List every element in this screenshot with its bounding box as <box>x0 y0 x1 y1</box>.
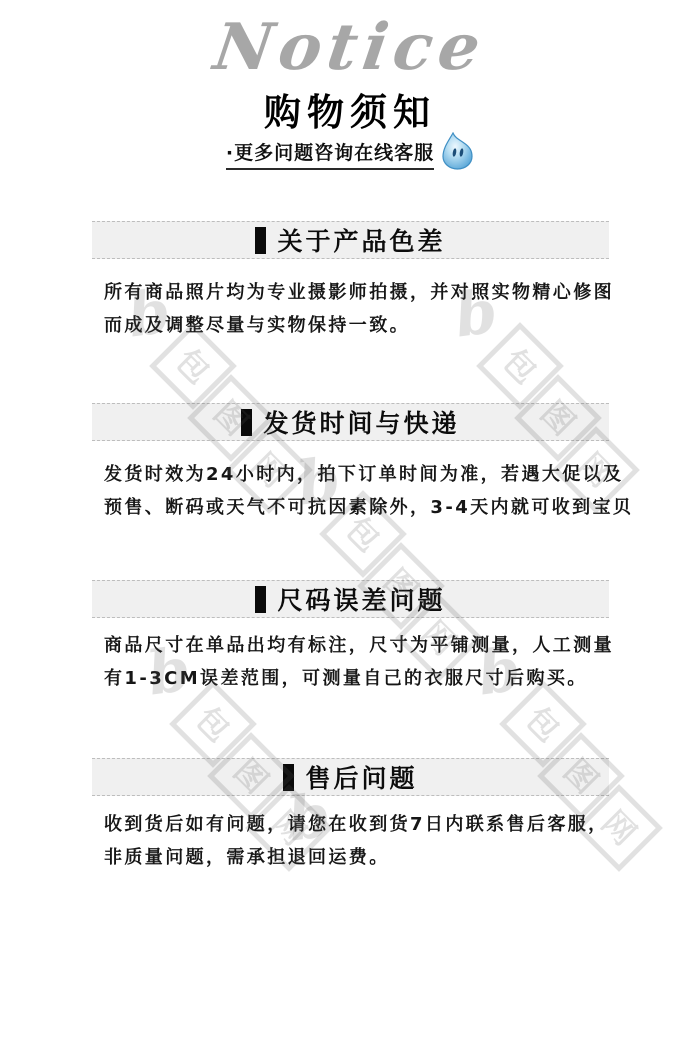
section-title: 尺码误差问题 <box>277 581 445 617</box>
title-marker-icon <box>255 586 266 613</box>
title-marker-icon <box>241 409 252 436</box>
body-line: 非质量问题，需承担退回运费。 <box>104 841 664 874</box>
body-line: 预售、断码或天气不可抗因素除外，3-4天内就可收到宝贝 <box>104 491 664 524</box>
section-title: 关于产品色差 <box>277 222 445 258</box>
body-line: 商品尺寸在单品出均有标注，尺寸为平铺测量，人工测量 <box>104 629 664 662</box>
section-body-after-sales: 收到货后如有问题，请您在收到货7日内联系售后客服， 非质量问题，需承担退回运费。 <box>104 808 664 874</box>
customer-service-subtitle: ·更多问题咨询在线客服 <box>226 138 434 170</box>
water-drop-chat-icon <box>441 132 474 170</box>
title-marker-icon <box>283 764 294 791</box>
body-line: 而成及调整尽量与实物保持一致。 <box>104 309 664 342</box>
body-line: 发货时效为24小时内，拍下订单时间为准，若遇大促以及 <box>104 458 664 491</box>
body-line: 所有商品照片均为专业摄影师拍摄，并对照实物精心修图 <box>104 276 664 309</box>
section-header-size-error: 尺码误差问题 <box>92 580 609 618</box>
section-title: 售后问题 <box>305 759 417 795</box>
page-title: 购物须知 <box>0 82 700 136</box>
section-title: 发货时间与快递 <box>263 404 459 440</box>
section-header-shipping: 发货时间与快递 <box>92 403 609 441</box>
section-body-shipping: 发货时效为24小时内，拍下订单时间为准，若遇大促以及 预售、断码或天气不可抗因素… <box>104 458 664 524</box>
title-marker-icon <box>255 227 266 254</box>
section-body-color-difference: 所有商品照片均为专业摄影师拍摄，并对照实物精心修图 而成及调整尽量与实物保持一致… <box>104 276 664 342</box>
body-line: 收到货后如有问题，请您在收到货7日内联系售后客服， <box>104 808 664 841</box>
notice-script-text: Notice <box>0 10 700 85</box>
body-line: 有1-3CM误差范围，可测量自己的衣服尺寸后购买。 <box>104 662 664 695</box>
section-header-color-difference: 关于产品色差 <box>92 221 609 259</box>
section-header-after-sales: 售后问题 <box>92 758 609 796</box>
subtitle-row: ·更多问题咨询在线客服 <box>0 138 700 170</box>
section-body-size-error: 商品尺寸在单品出均有标注，尺寸为平铺测量，人工测量 有1-3CM误差范围，可测量… <box>104 629 664 695</box>
shopping-notice-poster: Notice 购物须知 ·更多问题咨询在线客服 关于产品色差 所 <box>0 0 700 1053</box>
